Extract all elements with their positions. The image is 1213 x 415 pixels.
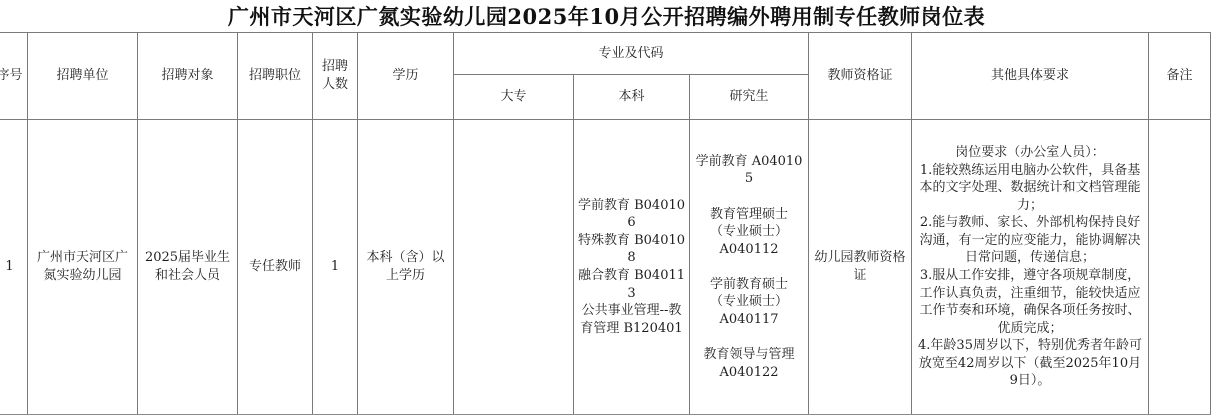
col-header-recruitment-target: 招聘对象 <box>138 33 238 120</box>
job-positions-table: 序号 招聘单位 招聘对象 招聘职位 招聘人数 学历 专业及代码 教师资格证 其他… <box>0 32 1211 415</box>
col-header-education: 学历 <box>358 33 454 120</box>
cell-recruitment-target: 2025届毕业生和社会人员 <box>138 120 238 415</box>
cell-teacher-certificate: 幼儿园教师资格证 <box>809 120 912 415</box>
col-header-position: 招聘职位 <box>238 33 313 120</box>
cell-headcount: 1 <box>313 120 358 415</box>
col-header-serial-number: 序号 <box>0 33 28 120</box>
col-header-bachelor: 本科 <box>574 75 690 120</box>
table-row: 1 广州市天河区广氮实验幼儿园 2025届毕业生和社会人员 专任教师 1 本科（… <box>0 120 1211 415</box>
cell-position: 专任教师 <box>238 120 313 415</box>
cell-serial-number: 1 <box>0 120 28 415</box>
cell-bachelor-majors: 学前教育 B040106 特殊教育 B040108 融合教育 B040113 公… <box>574 120 690 415</box>
col-header-teacher-certificate: 教师资格证 <box>809 33 912 120</box>
cell-remarks <box>1149 120 1211 415</box>
col-header-recruiting-unit: 招聘单位 <box>28 33 138 120</box>
recruitment-table-page: 广州市天河区广氮实验幼儿园2025年10月公开招聘编外聘用制专任教师岗位表 序号… <box>0 0 1213 415</box>
cell-recruiting-unit: 广州市天河区广氮实验幼儿园 <box>28 120 138 415</box>
col-header-graduate: 研究生 <box>690 75 809 120</box>
col-header-major-and-code-group: 专业及代码 <box>454 33 809 75</box>
col-header-other-requirements: 其他具体要求 <box>912 33 1149 120</box>
cell-education: 本科（含）以上学历 <box>358 120 454 415</box>
cell-junior-college-majors <box>454 120 574 415</box>
header-row-top: 序号 招聘单位 招聘对象 招聘职位 招聘人数 学历 专业及代码 教师资格证 其他… <box>0 33 1211 75</box>
col-header-junior-college: 大专 <box>454 75 574 120</box>
col-header-remarks: 备注 <box>1149 33 1211 120</box>
cell-other-requirements: 岗位要求（办公室人员）： 1.能较熟练运用电脑办公软件，具备基本的文字处理、数据… <box>912 120 1149 415</box>
col-header-headcount: 招聘人数 <box>313 33 358 120</box>
page-title: 广州市天河区广氮实验幼儿园2025年10月公开招聘编外聘用制专任教师岗位表 <box>0 1 1213 31</box>
cell-graduate-majors: 学前教育 A040105 教育管理硕士 （专业硕士） A040112 学前教育硕… <box>690 120 809 415</box>
